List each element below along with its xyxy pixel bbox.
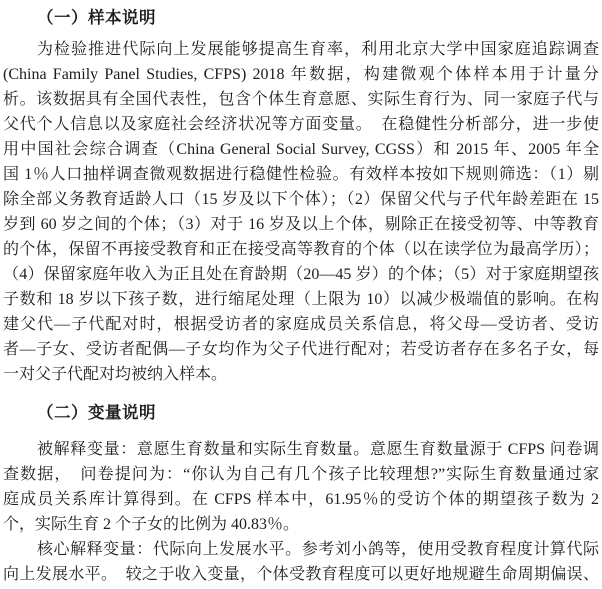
text-line: 用中国社会综合调查（China General Social Survey, C… — [3, 137, 599, 162]
paragraph-sample-description: 为检验推进代际向上发展能够提高生育率，利用北京大学中国家庭追踪调查 (China… — [3, 37, 599, 387]
text-line: 子数和 18 岁以下孩子数，进行缩尾处理（上限为 10）以减少极端值的影响。在构 — [3, 287, 599, 312]
text-line: 国 1％人口抽样调查微观数据进行稳健性检验。有效样本按如下规则筛选：（1）剔 — [3, 162, 599, 187]
text-line: 庭成员关系库计算得到。在 CFPS 样本中，61.95％的受访个体的期望孩子数为… — [3, 487, 599, 512]
text-line: 者—子女、受访者配偶—子女均作为父子代进行配对；若受访者存在多名子女，每 — [3, 337, 599, 362]
section-heading-variable-description: （二）变量说明 — [3, 400, 599, 425]
text-line: 个，实际生育 2 个子女的比例为 40.83％。 — [3, 512, 599, 537]
text-line: 为检验推进代际向上发展能够提高生育率，利用北京大学中国家庭追踪调查 — [3, 37, 599, 62]
text-line: （4）保留家庭年收入为正且处在育龄期（20—45 岁）的个体；（5）对于家庭期望… — [3, 262, 599, 287]
text-line: 除全部义务教育适龄人口（15 岁及以下个体）；（2）保留父代与子代年龄差距在 1… — [3, 187, 599, 212]
text-line: 被解释变量：意愿生育数量和实际生育数量。意愿生育数量源于 CFPS 问卷调 — [3, 437, 599, 462]
text-line: 一对父子代配对均被纳入样本。 — [3, 362, 599, 387]
text-line: 岁到 60 岁之间的个体；（3）对于 16 岁及以上个体，剔除正在接受初等、中等… — [3, 212, 599, 237]
text-line: 的个体，保留不再接受教育和正在接受高等教育的个体（以在读学位为最高学历）； — [3, 237, 599, 262]
text-line: 建父代—子代配对时，根据受访者的家庭成员关系信息，将父母—受访者、受访 — [3, 312, 599, 337]
paragraph-core-explanatory-variable: 核心解释变量：代际向上发展水平。参考刘小鸽等，使用受教育程度计算代际 向上发展水… — [3, 537, 599, 587]
text-line: 父代个人信息以及家庭社会经济状况等方面变量。 在稳健性分析部分，进一步使 — [3, 112, 599, 137]
text-line: 查数据， 问卷提问为：“你认为自己有几个孩子比较理想?”实际生育数量通过家 — [3, 462, 599, 487]
text-line: 向上发展水平。 较之于收入变量，个体受教育程度可以更好地规避生命周期偏误、 — [3, 562, 599, 587]
document-page: （一）样本说明 为检验推进代际向上发展能够提高生育率，利用北京大学中国家庭追踪调… — [0, 0, 602, 589]
section-heading-sample-description: （一）样本说明 — [3, 5, 599, 30]
text-line: (China Family Panel Studies, CFPS) 2018 … — [3, 62, 599, 87]
text-line: 核心解释变量：代际向上发展水平。参考刘小鸽等，使用受教育程度计算代际 — [3, 537, 599, 562]
paragraph-dependent-variables: 被解释变量：意愿生育数量和实际生育数量。意愿生育数量源于 CFPS 问卷调 查数… — [3, 437, 599, 537]
text-line: 析。该数据具有全国代表性，包含个体生育意愿、实际生育行为、同一家庭子代与 — [3, 87, 599, 112]
